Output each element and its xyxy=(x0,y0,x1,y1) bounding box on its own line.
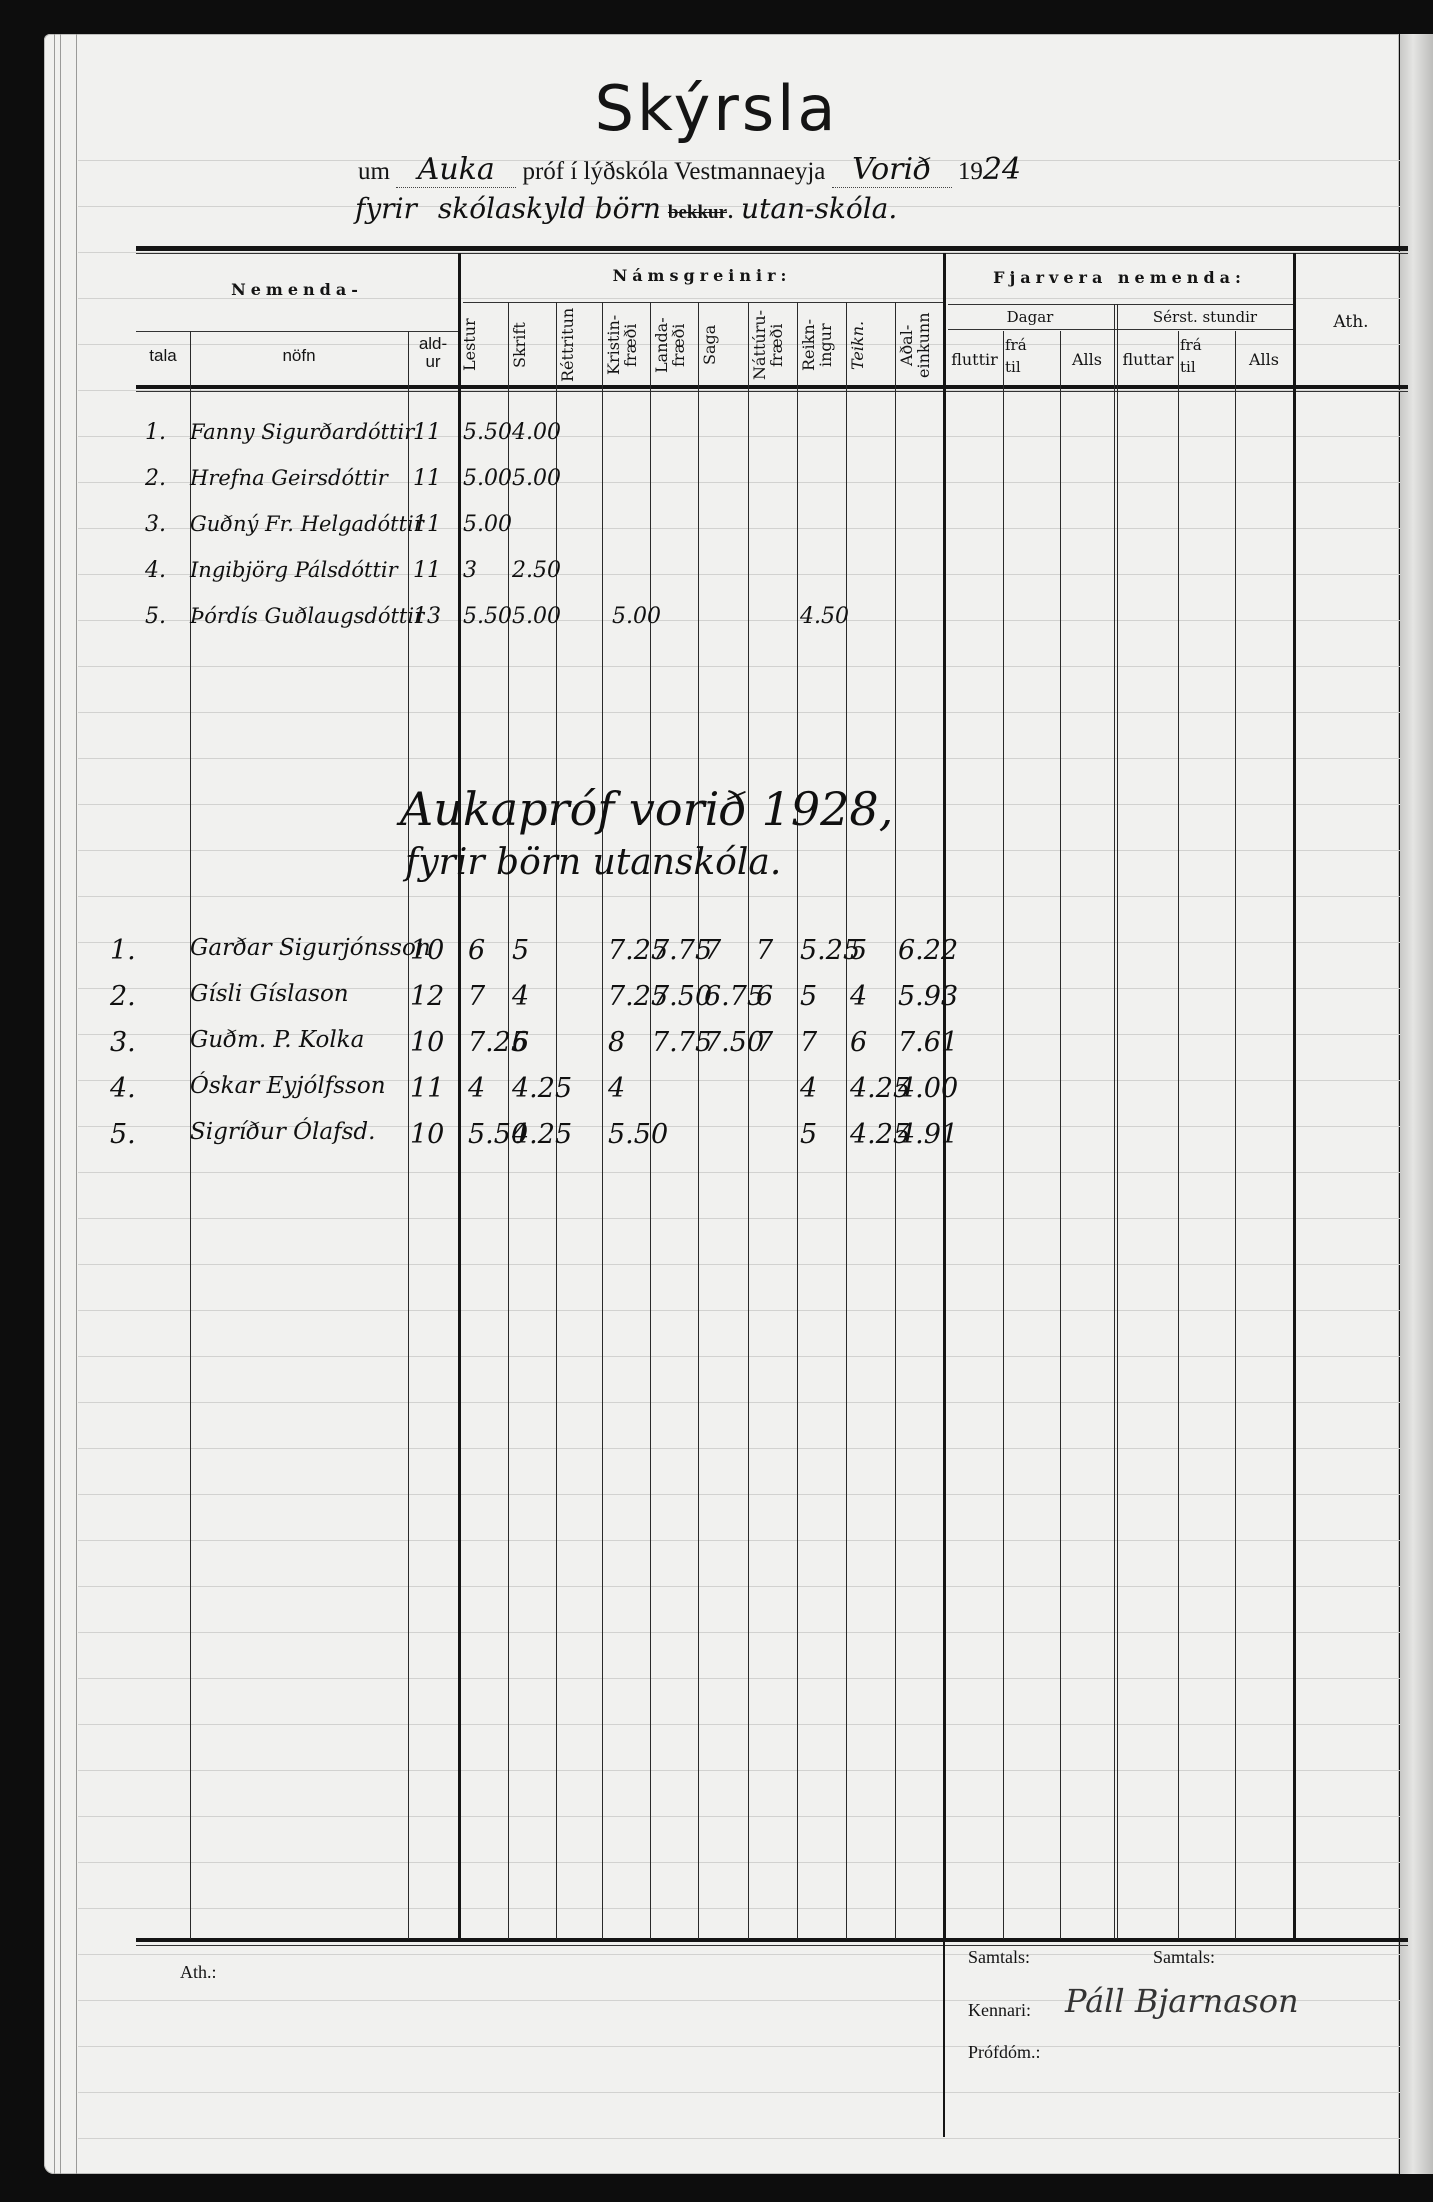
fjarvera-divider xyxy=(948,304,1293,305)
ruled-line xyxy=(78,1172,1400,1173)
col-line xyxy=(1060,331,1061,1939)
table-bottom-border-thin xyxy=(136,1945,1408,1946)
col-line xyxy=(1114,304,1115,1939)
cell-saga: 7 xyxy=(704,935,721,966)
header-alls-1: Alls xyxy=(1060,350,1114,369)
cell-aldur: 10 xyxy=(410,1119,444,1150)
cell-lestur: 5.50 xyxy=(463,420,512,445)
cell-kristin: 4 xyxy=(608,1073,625,1104)
header-ath: Ath. xyxy=(1296,312,1406,332)
header-fjarvera: Fjarvera nemenda: xyxy=(946,268,1293,287)
col-line xyxy=(1003,331,1004,1939)
cell-lestur: 3 xyxy=(463,558,477,583)
ruled-line xyxy=(78,2046,1400,2047)
header-fra-2: frá xyxy=(1180,336,1202,354)
cell-adal: 7.61 xyxy=(898,1027,958,1058)
cell-skrift: 5.00 xyxy=(512,466,561,491)
header-subject: Teikn. xyxy=(849,306,892,384)
col-line xyxy=(1178,331,1179,1939)
header-subject: Réttritun xyxy=(559,306,599,384)
ruled-line xyxy=(78,1540,1400,1541)
ruled-line xyxy=(78,1218,1400,1219)
cell-lestur: 5.00 xyxy=(463,512,512,537)
cell-skrift: 4.25 xyxy=(512,1073,572,1104)
ruled-line xyxy=(78,896,1400,897)
cell-teikn: 6 xyxy=(850,1027,867,1058)
title-line-2: fyrir skólaskyld börn bekkur. utan-skóla… xyxy=(355,192,897,226)
cell-lestur: 7 xyxy=(468,981,485,1012)
cell-tala: 4. xyxy=(145,558,166,583)
cell-skrift: 4 xyxy=(512,981,529,1012)
ruled-line xyxy=(78,1264,1400,1265)
cell-name: Gísli Gíslason xyxy=(190,981,349,1007)
header-nofn: nöfn xyxy=(190,346,408,366)
cell-skrift: 5 xyxy=(512,935,529,966)
cell-skrift: 5.00 xyxy=(512,604,561,629)
header-nemenda: Nemenda- xyxy=(136,280,458,299)
cell-name: Garðar Sigurjónsson xyxy=(190,935,431,961)
table-top-border xyxy=(136,246,1408,251)
cell-name: Þórdís Guðlaugsdóttir xyxy=(190,604,424,628)
table-bottom-border xyxy=(136,1938,1408,1942)
dagar-divider xyxy=(948,329,1293,330)
ruled-line xyxy=(78,758,1400,759)
cell-tala: 4. xyxy=(110,1073,136,1104)
cell-tala: 3. xyxy=(110,1027,136,1058)
cell-reikn: 4 xyxy=(800,1073,817,1104)
year-suffix-handwritten: 24 xyxy=(983,152,1021,187)
cell-aldur: 10 xyxy=(410,1027,444,1058)
ruled-line xyxy=(78,1816,1400,1817)
ruled-line xyxy=(78,1586,1400,1587)
ruled-line xyxy=(78,2138,1400,2139)
cell-tala: 5. xyxy=(145,604,166,629)
cell-lestur: 6 xyxy=(468,935,485,966)
cell-name: Hrefna Geirsdóttir xyxy=(190,466,388,490)
header-til-2: til xyxy=(1180,358,1196,376)
cell-nattura: 6 xyxy=(756,981,773,1012)
cell-aldur: 10 xyxy=(410,935,444,966)
header-fra-1: frá xyxy=(1005,336,1027,354)
footer-samtals-2: Samtals: xyxy=(1153,1947,1215,1968)
cell-aldur: 12 xyxy=(410,981,444,1012)
cell-teikn: 4 xyxy=(850,981,867,1012)
cell-adal: 6.22 xyxy=(898,935,958,966)
header-dagar: Dagar xyxy=(946,308,1114,326)
ruled-line xyxy=(78,1678,1400,1679)
footer-samtals-1: Samtals: xyxy=(968,1947,1030,1968)
year-prefix: 19 xyxy=(958,158,983,185)
cell-aldur: 13 xyxy=(413,604,441,629)
col-line xyxy=(698,302,699,1939)
col-line xyxy=(408,331,409,1939)
group-handwritten: skólaskyld börn xyxy=(438,192,661,225)
cell-lestur: 4 xyxy=(468,1073,485,1104)
ruled-line xyxy=(78,1770,1400,1771)
header-subject: Saga xyxy=(701,306,745,384)
header-subject: Kristin- fræði xyxy=(605,306,647,384)
col-line xyxy=(797,302,798,1939)
suffix-handwritten: utan-skóla. xyxy=(741,192,897,225)
cell-kristin: 5.00 xyxy=(612,604,661,629)
ruled-line xyxy=(78,1402,1400,1403)
ruled-line xyxy=(78,2092,1400,2093)
cell-nattura: 7 xyxy=(756,935,773,966)
header-subject: Aðal- einkunn xyxy=(898,306,940,384)
header-bottom-border-thin xyxy=(136,391,1408,392)
cell-name: Fanny Sigurðardóttir xyxy=(190,420,414,444)
cell-name: Óskar Eyjólfsson xyxy=(190,1073,386,1099)
col-line-thick xyxy=(1293,253,1296,1939)
season-handwritten: Vorið xyxy=(852,152,931,187)
cell-name: Guðný Fr. Helgadóttir xyxy=(190,512,424,536)
cell-aldur: 11 xyxy=(413,420,441,445)
struck-word: bekkur xyxy=(668,202,727,223)
cell-name: Ingibjörg Pálsdóttir xyxy=(190,558,398,582)
header-aldur: ald- ur xyxy=(408,335,458,371)
ruled-line xyxy=(78,1632,1400,1633)
ruled-line xyxy=(78,1862,1400,1863)
section-1928-heading-line2: fyrir börn utanskóla. xyxy=(405,842,781,883)
cell-aldur: 11 xyxy=(413,558,441,583)
cell-reikn: 5 xyxy=(800,1119,817,1150)
cell-aldur: 11 xyxy=(410,1073,444,1104)
header-subject: Landa- fræði xyxy=(653,306,695,384)
header-fluttir: fluttir xyxy=(946,350,1003,369)
ruled-line xyxy=(78,666,1400,667)
col-line xyxy=(1117,304,1118,1939)
cell-reikn: 5 xyxy=(800,981,817,1012)
col-line xyxy=(1235,331,1236,1939)
header-til-1: til xyxy=(1005,358,1021,376)
exam-type-handwritten: Auka xyxy=(418,152,495,187)
label-um: um xyxy=(358,158,390,185)
header-alls-2: Alls xyxy=(1235,350,1293,369)
title-line-1: um Auka próf í lýðskóla Vestmannaeyja Vo… xyxy=(358,152,1021,188)
cell-reikn: 4.50 xyxy=(800,604,849,629)
col-line xyxy=(602,302,603,1939)
header-subject: Skrift xyxy=(511,306,553,384)
cell-adal: 4.00 xyxy=(898,1073,958,1104)
footer-profdom-label: Prófdóm.: xyxy=(968,2042,1041,2063)
ruled-line xyxy=(78,712,1400,713)
header-namsgreinir: Námsgreinir: xyxy=(461,266,943,285)
ruled-line xyxy=(78,1494,1400,1495)
next-page-edge xyxy=(1400,34,1433,2174)
header-subject: Reikn- ingur xyxy=(800,306,843,384)
section-1928-heading-line1: Aukapróf vorið 1928, xyxy=(400,782,893,836)
header-subject: Náttúru- fræði xyxy=(751,306,794,384)
cell-teikn: 5 xyxy=(850,935,867,966)
cell-adal: 5.93 xyxy=(898,981,958,1012)
cell-tala: 2. xyxy=(110,981,136,1012)
cell-aldur: 11 xyxy=(413,512,441,537)
prefix-handwritten: fyrir xyxy=(355,192,417,225)
cell-name: Sigríður Ólafsd. xyxy=(190,1119,375,1145)
ruled-line xyxy=(78,1356,1400,1357)
cell-tala: 1. xyxy=(145,420,166,445)
ruled-line xyxy=(78,1908,1400,1909)
cell-name: Guðm. P. Kolka xyxy=(190,1027,364,1053)
kennari-signature: Páll Bjarnason xyxy=(1065,1982,1299,2020)
cell-lestur: 5.00 xyxy=(463,466,512,491)
cell-adal: 4.91 xyxy=(898,1119,958,1150)
namsgreinir-divider xyxy=(463,302,943,303)
col-line xyxy=(748,302,749,1939)
cell-reikn: 7 xyxy=(800,1027,817,1058)
cell-skrift: 4.25 xyxy=(512,1119,572,1150)
header-bottom-border xyxy=(136,385,1408,389)
header-fluttar: fluttar xyxy=(1118,350,1178,369)
cell-skrift: 2.50 xyxy=(512,558,561,583)
page-stack-line xyxy=(60,34,61,2174)
label-school: próf í lýðskóla Vestmannaeyja xyxy=(522,158,825,185)
table-top-border-thin xyxy=(136,253,1408,254)
cell-lestur: 5.50 xyxy=(463,604,512,629)
footer-ath-label: Ath.: xyxy=(180,1962,217,1983)
cell-nattura: 7 xyxy=(756,1027,773,1058)
footer-kennari-label: Kennari: xyxy=(968,2000,1031,2021)
cell-tala: 5. xyxy=(110,1119,136,1150)
nemenda-divider xyxy=(136,331,458,332)
ruled-line xyxy=(78,1724,1400,1725)
page-title: Skýrsla xyxy=(0,72,1433,145)
cell-skrift: 4.00 xyxy=(512,420,561,445)
cell-tala: 3. xyxy=(145,512,166,537)
cell-tala: 1. xyxy=(110,935,136,966)
cell-kristin: 8 xyxy=(608,1027,625,1058)
page-stack-line xyxy=(54,34,55,2174)
cell-aldur: 11 xyxy=(413,466,441,491)
col-line-thick xyxy=(458,253,461,1939)
cell-tala: 2. xyxy=(145,466,166,491)
cell-kristin: 5.50 xyxy=(608,1119,668,1150)
ruled-line xyxy=(78,1448,1400,1449)
page-stack-line xyxy=(76,34,77,2174)
header-tala: tala xyxy=(136,346,190,366)
header-subject: Lestur xyxy=(461,306,505,384)
cell-skrift: 6 xyxy=(512,1027,529,1058)
col-line xyxy=(846,302,847,1939)
ruled-line xyxy=(78,1310,1400,1311)
header-serst-stundir: Sérst. stundir xyxy=(1117,308,1293,326)
footer-divider xyxy=(943,1942,945,2137)
